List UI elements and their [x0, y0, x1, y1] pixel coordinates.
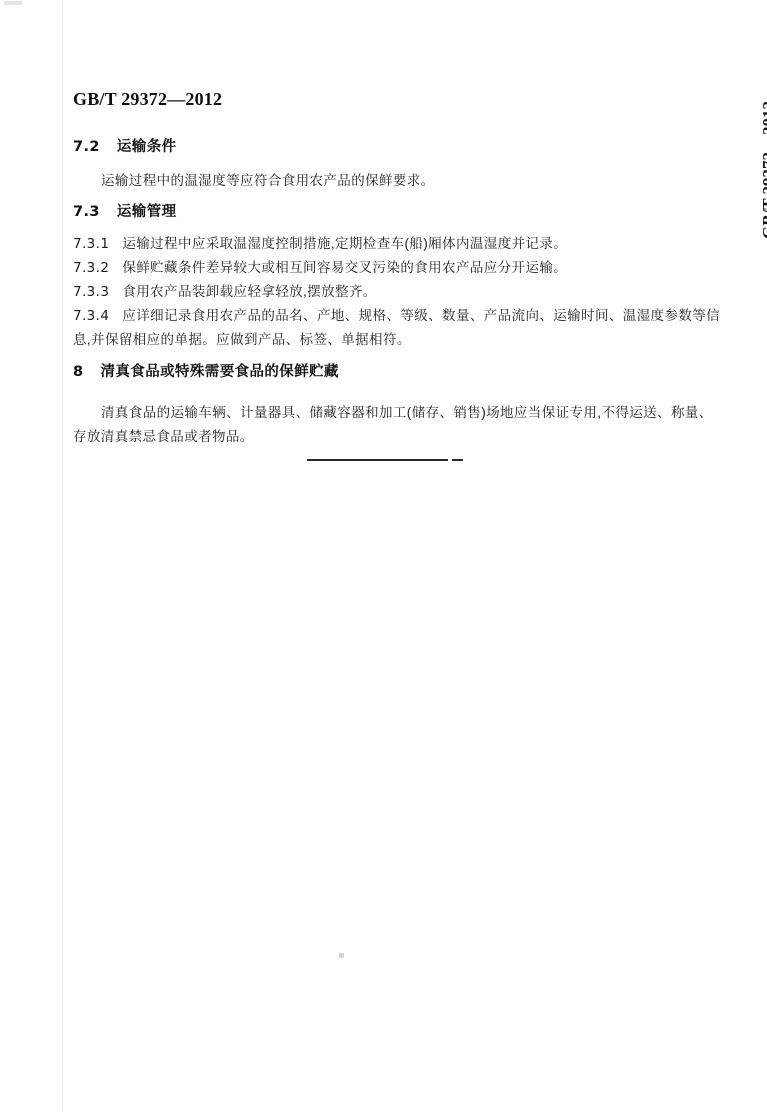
section-8-paragraph-line-2: 存放清真禁忌食品或者物品。 — [73, 428, 254, 445]
section-7-2-title: 运输条件 — [117, 139, 177, 155]
standard-code-header: GB/T 29372—2012 — [73, 91, 222, 108]
clause-7-3-3: 7.3.3食用农产品装卸载应轻拿轻放,摆放整齐。 — [73, 283, 377, 301]
clause-7-3-4-line-1: 7.3.4应详细记录食用农产品的品名、产地、规格、等级、数量、产品流向、运输时间… — [73, 307, 720, 325]
scan-fold-line — [62, 0, 63, 1112]
clause-7-3-2: 7.3.2保鲜贮藏条件差异较大或相互间容易交叉污染的食用农产品应分开运输。 — [73, 259, 567, 277]
scan-speck-top-left — [4, 1, 22, 5]
section-7-2-number: 7.2 — [73, 139, 100, 155]
section-7-3-heading: 7.3运输管理 — [73, 204, 177, 221]
section-8-paragraph-line-1: 清真食品的运输车辆、计量器具、储藏容器和加工(储存、销售)场地应当保证专用,不得… — [101, 404, 713, 421]
end-of-document-rule — [307, 459, 463, 461]
edge-standard-code-label: GB/T 29372—2012 — [759, 84, 767, 256]
clause-7-3-4-line-2: 息,并保留相应的单据。应做到产品、标签、单据相符。 — [73, 331, 411, 348]
clause-7-3-1: 7.3.1运输过程中应采取温湿度控制措施,定期检查车(船)厢体内温湿度并记录。 — [73, 235, 567, 253]
section-7-2-paragraph: 运输过程中的温湿度等应符合食用农产品的保鲜要求。 — [101, 172, 435, 189]
section-8-title: 清真食品或特殊需要食品的保鲜贮藏 — [101, 364, 339, 380]
clause-7-3-1-text: 运输过程中应采取温湿度控制措施,定期检查车(船)厢体内温湿度并记录。 — [122, 236, 567, 251]
clause-7-3-3-text: 食用农产品装卸载应轻拿轻放,摆放整齐。 — [122, 284, 376, 299]
section-7-3-number: 7.3 — [73, 204, 100, 220]
end-rule-segment-2 — [452, 459, 463, 461]
end-rule-segment-1 — [307, 459, 448, 461]
section-8-heading: 8清真食品或特殊需要食品的保鲜贮藏 — [73, 364, 339, 381]
clause-7-3-2-text: 保鲜贮藏条件差异较大或相互间容易交叉污染的食用农产品应分开运输。 — [122, 260, 567, 275]
clause-7-3-4-text-line-1: 应详细记录食用农产品的品名、产地、规格、等级、数量、产品流向、运输时间、温湿度参… — [122, 308, 720, 323]
section-7-3-title: 运输管理 — [117, 204, 177, 220]
clause-7-3-2-number: 7.3.2 — [73, 260, 109, 276]
clause-7-3-3-number: 7.3.3 — [73, 284, 109, 300]
scan-speck-bottom — [339, 953, 344, 958]
section-7-2-heading: 7.2运输条件 — [73, 139, 177, 156]
section-8-number: 8 — [73, 364, 84, 380]
scanned-document-page: GB/T 29372—2012 GB/T 29372—2012 7.2运输条件 … — [0, 0, 767, 1112]
clause-7-3-4-number: 7.3.4 — [73, 308, 109, 324]
clause-7-3-1-number: 7.3.1 — [73, 236, 109, 252]
